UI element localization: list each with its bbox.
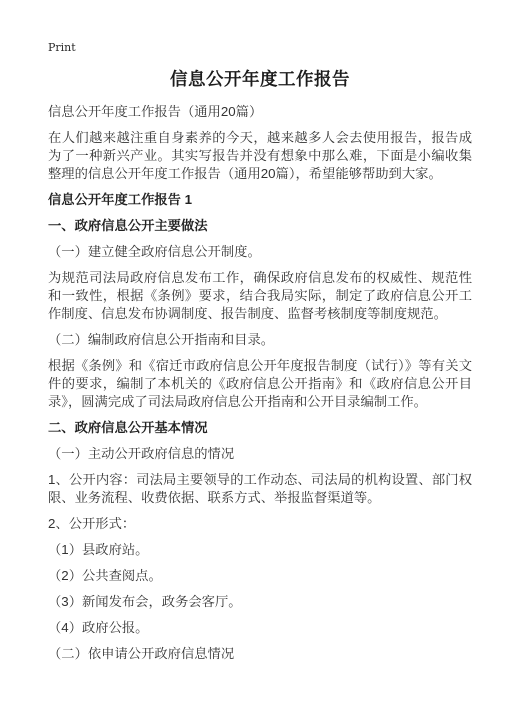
report-1-heading: 信息公开年度工作报告 1 [48, 191, 472, 209]
document-page: Print 信息公开年度工作报告 信息公开年度工作报告（通用20篇） 在人们越来… [0, 0, 520, 718]
document-subtitle: 信息公开年度工作报告（通用20篇） [48, 103, 472, 121]
section-2-heading: 二、政府信息公开基本情况 [48, 419, 472, 437]
list-item: （1）县政府站。 [48, 541, 472, 559]
paragraph: 2、公开形式： [48, 515, 472, 533]
paragraph: 1、公开内容：司法局主要领导的工作动态、司法局的机构设置、部门权限、业务流程、收… [48, 471, 472, 507]
subsection-2-2-title: （二）依申请公开政府信息情况 [48, 645, 472, 663]
list-item: （4）政府公报。 [48, 619, 472, 637]
subsection-2-1-title: （一）主动公开政府信息的情况 [48, 445, 472, 463]
paragraph: 根据《条例》和《宿迁市政府信息公开年度报告制度（试行）》等有关文件的要求，编制了… [48, 357, 472, 411]
intro-paragraph: 在人们越来越注重自身素养的今天，越来越多人会去使用报告，报告成为了一种新兴产业。… [48, 129, 472, 183]
subsection-1-1-title: （一）建立健全政府信息公开制度。 [48, 243, 472, 261]
print-link[interactable]: Print [48, 41, 76, 55]
section-1-heading: 一、政府信息公开主要做法 [48, 217, 472, 235]
list-item: （3）新闻发布会，政务会客厅。 [48, 593, 472, 611]
subsection-1-2-title: （二）编制政府信息公开指南和目录。 [48, 331, 472, 349]
list-item: （2）公共查阅点。 [48, 567, 472, 585]
paragraph: 为规范司法局政府信息发布工作，确保政府信息发布的权威性、规范性和一致性，根据《条… [48, 269, 472, 323]
page-title: 信息公开年度工作报告 [48, 66, 472, 92]
